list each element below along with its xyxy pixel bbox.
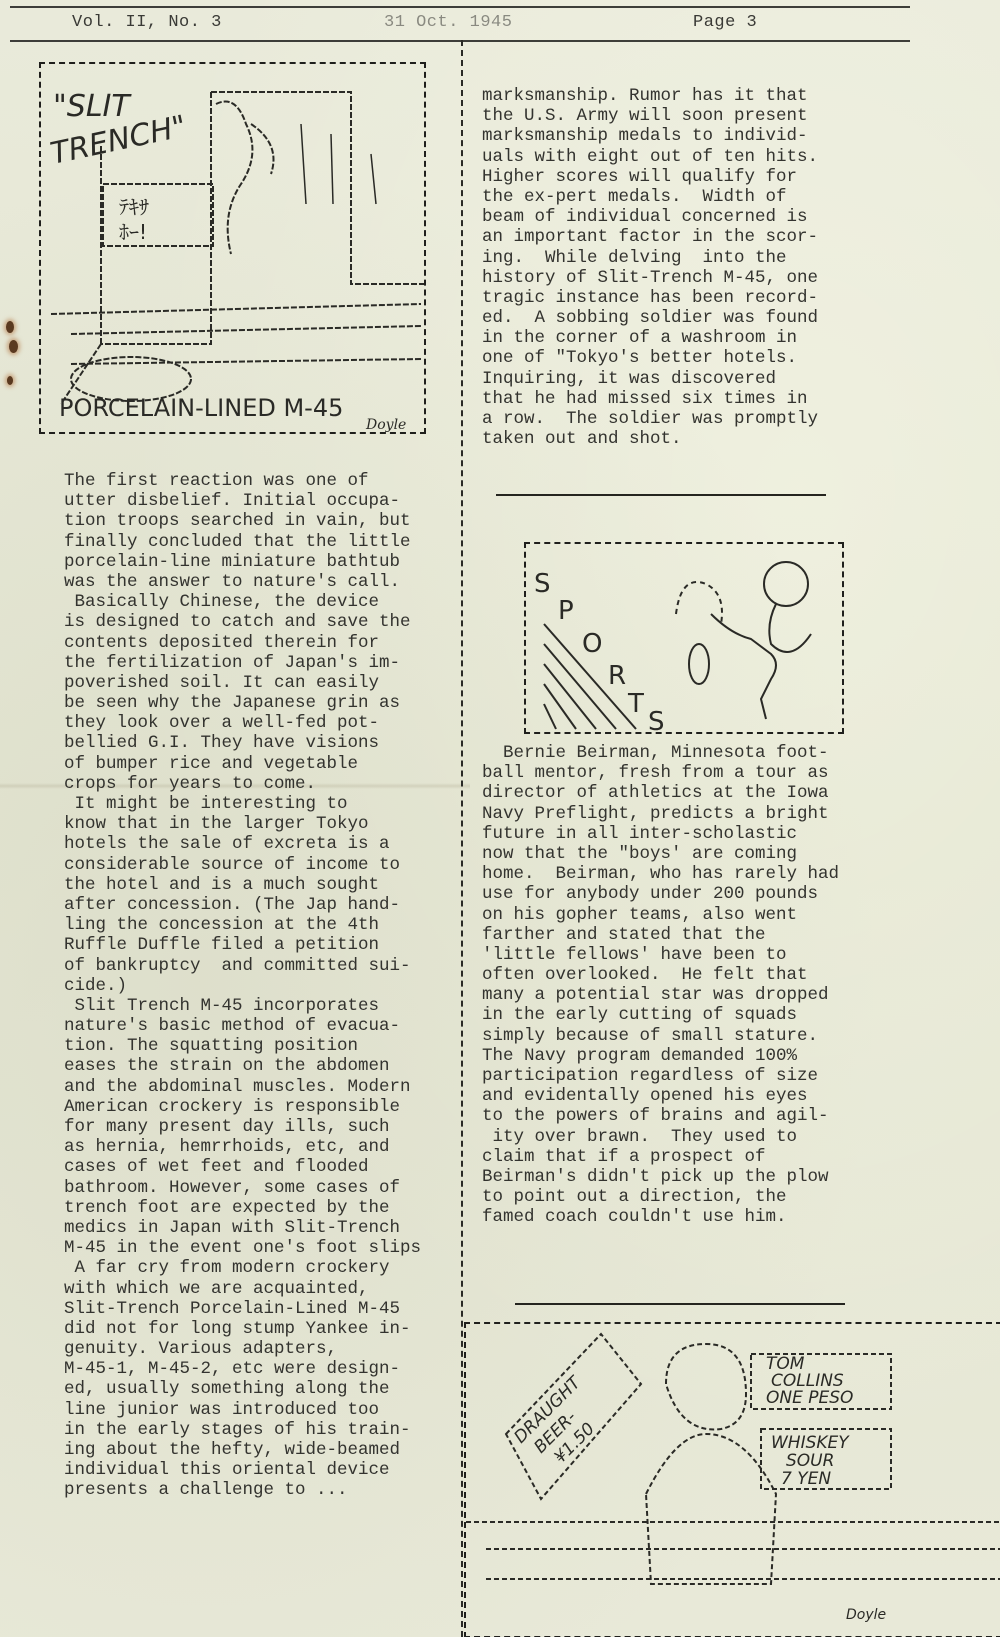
text-line: in the early cutting of squads [482, 1005, 839, 1025]
text-line: The first reaction was one of [64, 471, 421, 491]
text-line: ling the concession at the 4th [64, 915, 421, 935]
text-line: to point out a direction, the [482, 1187, 839, 1207]
slit-trench-article-left: The first reaction was one ofutter disbe… [64, 471, 421, 1501]
header-top-rule [10, 6, 910, 8]
bar-soldier-illustration: DRAUGHT BEER- ¥1.50 TOM COLLINS ONE PESO… [466, 1324, 1000, 1636]
text-line: Slit Trench M-45 incorporates [64, 996, 421, 1016]
svg-text:Doyle: Doyle [846, 1607, 886, 1623]
text-line: home. Beirman, who has rarely had [482, 864, 839, 884]
page-number: Page 3 [693, 13, 757, 32]
text-line: they look over a well-fed pot- [64, 713, 421, 733]
text-line: A far cry from modern crockery [64, 1258, 421, 1278]
text-line: individual this oriental device [64, 1460, 421, 1480]
text-line: with which we are acquainted, [64, 1279, 421, 1299]
column-divider [461, 40, 463, 1637]
text-line: farther and stated that the [482, 925, 839, 945]
text-line: trench foot are expected by the [64, 1198, 421, 1218]
text-line: medics in Japan with Slit-Trench [64, 1218, 421, 1238]
text-line: Beirman's didn't pick up the plow [482, 1167, 839, 1187]
text-line: now that the "boys' are coming [482, 844, 839, 864]
text-line: It might be interesting to [64, 794, 421, 814]
text-line: contents deposited therein for [64, 633, 421, 653]
text-line: Inquiring, it was discovered [482, 369, 818, 389]
text-line: tion troops searched in vain, but [64, 511, 421, 531]
page-header: Vol. II, No. 3 31 Oct. 1945 Page 3 [72, 10, 792, 34]
text-line: M-45-1, M-45-2, etc were design- [64, 1359, 421, 1379]
text-line: Navy Preflight, predicts a bright [482, 804, 839, 824]
sports-cartoon: S P O R T S [524, 542, 844, 734]
ink-stain [7, 376, 13, 385]
text-line: the fertilization of Japan's im- [64, 653, 421, 673]
text-line: one of "Tokyo's better hotels. [482, 348, 818, 368]
text-line: as hernia, hemrrhoids, etc, and [64, 1137, 421, 1157]
text-line: porcelain-line miniature bathtub [64, 552, 421, 572]
issue-date: 31 Oct. 1945 [384, 13, 512, 32]
text-line: Ruffle Duffle filed a petition [64, 935, 421, 955]
text-line: of bumper rice and vegetable [64, 754, 421, 774]
text-line: and the abdominal muscles. Modern [64, 1077, 421, 1097]
text-line: a row. The soldier was promptly [482, 409, 818, 429]
text-line: line junior was introduced too [64, 1400, 421, 1420]
svg-text:R: R [608, 661, 626, 691]
text-line: The Navy program demanded 100% [482, 1046, 839, 1066]
svg-text:S: S [534, 569, 551, 599]
slit-trench-illustration: "SLIT TRENCH" ﾃｷｻ ﾎｰ! PORCELAIN-LINED M-… [41, 64, 424, 432]
text-line: of bankruptcy and committed sui- [64, 956, 421, 976]
svg-text:WHISKEY: WHISKEY [771, 1433, 850, 1453]
text-line: uals with eight out of ten hits. [482, 147, 818, 167]
svg-text:ﾎｰ!: ﾎｰ! [119, 220, 147, 244]
svg-text:Doyle: Doyle [365, 417, 406, 432]
text-line: M-45 in the event one's foot slips [64, 1238, 421, 1258]
svg-text:ﾃｷｻ: ﾃｷｻ [119, 195, 149, 219]
text-line: be seen why the Japanese grin as [64, 693, 421, 713]
text-line: cide.) [64, 976, 421, 996]
text-line: history of Slit-Trench M-45, one [482, 268, 818, 288]
text-line: utter disbelief. Initial occupa- [64, 491, 421, 511]
text-line: 'little fellows' have been to [482, 945, 839, 965]
text-line: genuity. Various adapters, [64, 1339, 421, 1359]
text-line: is designed to catch and save the [64, 612, 421, 632]
svg-text:S: S [648, 707, 665, 732]
text-line: ing about the hefty, wide-beamed [64, 1440, 421, 1460]
section-separator [515, 1303, 845, 1305]
text-line: ity over brawn. They used to [482, 1127, 839, 1147]
text-line: was the answer to nature's call. [64, 572, 421, 592]
svg-text:7 YEN: 7 YEN [781, 1469, 831, 1489]
text-line: many a potential star was dropped [482, 985, 839, 1005]
text-line: participation regardless of size [482, 1066, 839, 1086]
text-line: the hotel and is a much sought [64, 875, 421, 895]
text-line: bathroom. However, some cases of [64, 1178, 421, 1198]
text-line: the U.S. Army will soon present [482, 106, 818, 126]
slit-trench-article-continued: marksmanship. Rumor has it thatthe U.S. … [482, 86, 818, 449]
text-line: future in all inter-scholastic [482, 824, 839, 844]
sports-kicker-illustration: S P O R T S [526, 544, 842, 732]
text-line: simply because of small stature. [482, 1026, 839, 1046]
sports-article: Bernie Beirman, Minnesota foot-ball ment… [482, 743, 839, 1228]
svg-text:"SLIT: "SLIT [53, 89, 132, 124]
ink-stain [9, 340, 18, 353]
text-line: Higher scores will qualify for [482, 167, 818, 187]
text-line: the ex-pert medals. Width of [482, 187, 818, 207]
text-line: nature's basic method of evacua- [64, 1016, 421, 1036]
bar-cartoon: DRAUGHT BEER- ¥1.50 TOM COLLINS ONE PESO… [464, 1322, 1000, 1637]
text-line: know that in the larger Tokyo [64, 814, 421, 834]
svg-text:P: P [558, 596, 574, 626]
text-line: eases the strain on the abdomen [64, 1056, 421, 1076]
text-line: ball mentor, fresh from a tour as [482, 763, 839, 783]
volume-number: Vol. II, No. 3 [72, 13, 222, 32]
svg-text:SOUR: SOUR [786, 1451, 834, 1471]
text-line: crops for years to come. [64, 774, 421, 794]
text-line: to the powers of brains and agil- [482, 1106, 839, 1126]
text-line: taken out and shot. [482, 429, 818, 449]
text-line: poverished soil. It can easily [64, 673, 421, 693]
text-line: finally concluded that the little [64, 532, 421, 552]
slit-trench-cartoon: "SLIT TRENCH" ﾃｷｻ ﾎｰ! PORCELAIN-LINED M-… [39, 62, 426, 434]
header-bottom-rule [10, 40, 910, 42]
text-line: an important factor in the scor- [482, 227, 818, 247]
text-line: Bernie Beirman, Minnesota foot- [482, 743, 839, 763]
text-line: hotels the sale of excreta is a [64, 834, 421, 854]
svg-text:O: O [582, 629, 602, 659]
text-line: considerable source of income to [64, 855, 421, 875]
text-line: Slit-Trench Porcelain-Lined M-45 [64, 1299, 421, 1319]
text-line: often overlooked. He felt that [482, 965, 839, 985]
text-line: cases of wet feet and flooded [64, 1157, 421, 1177]
text-line: ed. A sobbing soldier was found [482, 308, 818, 328]
svg-text:T: T [627, 689, 644, 719]
text-line: presents a challenge to ... [64, 1480, 421, 1500]
text-line: claim that if a prospect of [482, 1147, 839, 1167]
text-line: that he had missed six times in [482, 389, 818, 409]
ink-stain [6, 321, 14, 333]
svg-text:PORCELAIN-LINED M-45: PORCELAIN-LINED M-45 [59, 394, 343, 422]
text-line: in the early stages of his train- [64, 1420, 421, 1440]
text-line: on his gopher teams, also went [482, 905, 839, 925]
text-line: and evidentally opened his eyes [482, 1086, 839, 1106]
text-line: for many present day ills, such [64, 1117, 421, 1137]
text-line: tion. The squatting position [64, 1036, 421, 1056]
text-line: did not for long stump Yankee in- [64, 1319, 421, 1339]
section-separator [496, 494, 826, 496]
text-line: Basically Chinese, the device [64, 592, 421, 612]
text-line: after concession. (The Jap hand- [64, 895, 421, 915]
text-line: bellied G.I. They have visions [64, 733, 421, 753]
text-line: American crockery is responsible [64, 1097, 421, 1117]
text-line: ing. While delving into the [482, 248, 818, 268]
text-line: use for anybody under 200 pounds [482, 884, 839, 904]
text-line: director of athletics at the Iowa [482, 783, 839, 803]
text-line: in the corner of a washroom in [482, 328, 818, 348]
text-line: marksmanship. Rumor has it that [482, 86, 818, 106]
text-line: famed coach couldn't use him. [482, 1207, 839, 1227]
text-line: ed, usually something along the [64, 1379, 421, 1399]
text-line: marksmanship medals to individ- [482, 126, 818, 146]
text-line: beam of individual concerned is [482, 207, 818, 227]
text-line: tragic instance has been record- [482, 288, 818, 308]
svg-text:ONE PESO: ONE PESO [766, 1388, 853, 1408]
